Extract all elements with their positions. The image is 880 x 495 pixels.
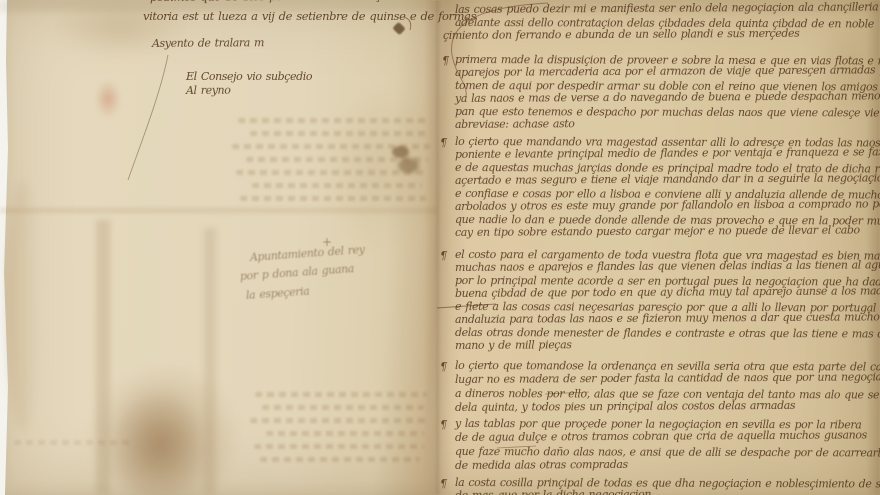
right-page: las cosas puedo dezir mi e manifiesta se… xyxy=(0,0,880,495)
manuscript-line: mano y de mill pieças xyxy=(455,339,572,352)
manuscript-line: de mas que por la dicha negoçiaçion xyxy=(455,489,651,495)
paragraph-mark: ¶ xyxy=(440,477,447,490)
manuscript-photo: pedimos que de dios por dela dicha merçe… xyxy=(0,0,880,495)
manuscript-line: de de agua dulçe e otros tramos cobran q… xyxy=(455,429,867,444)
manuscript-line: de medida alas otras compradas xyxy=(455,459,628,472)
paragraph-mark: ¶ xyxy=(440,249,447,262)
manuscript-line: poniente e levante prinçipal medio de fl… xyxy=(455,146,880,161)
paragraph-mark: ¶ xyxy=(440,418,447,431)
manuscript-line: las cosas puedo dezir mi e manifiesta se… xyxy=(455,1,878,16)
manuscript-line: arbolados y otros es este muy grande por… xyxy=(455,198,880,213)
manuscript-line: buena çibdad de que por todo en que ay d… xyxy=(455,285,880,300)
manuscript-line: andaluzia para todas las naos e se fizie… xyxy=(455,311,880,326)
manuscript-line: lugar no es madera de ser poder fasta la… xyxy=(455,371,880,386)
manuscript-line: abreviase: achase asto xyxy=(455,118,575,131)
manuscript-line: aparejos por la mercaderia aca por el ar… xyxy=(455,64,880,79)
manuscript-line: cay en tipo sobre estando puesto cargar … xyxy=(455,225,860,239)
manuscript-line: que faze mucho daño alas naos, e ansi qu… xyxy=(455,446,880,460)
manuscript-line: muchas naos e aparejos e flandes las que… xyxy=(455,259,880,274)
paragraph-mark: ¶ xyxy=(440,360,447,373)
manuscript-line: çimiento don ferrando e abunda de un sel… xyxy=(443,28,799,42)
manuscript-line: dela quinta, y todos pies un prinçipal a… xyxy=(455,400,795,414)
manuscript-line: açertado e mas seguro e tiene el viaje m… xyxy=(455,172,880,187)
manuscript-line: ya las naos e mas de verse a do navegand… xyxy=(455,90,880,105)
paragraph-mark: ¶ xyxy=(440,136,447,149)
paragraph-mark: ¶ xyxy=(442,54,449,67)
